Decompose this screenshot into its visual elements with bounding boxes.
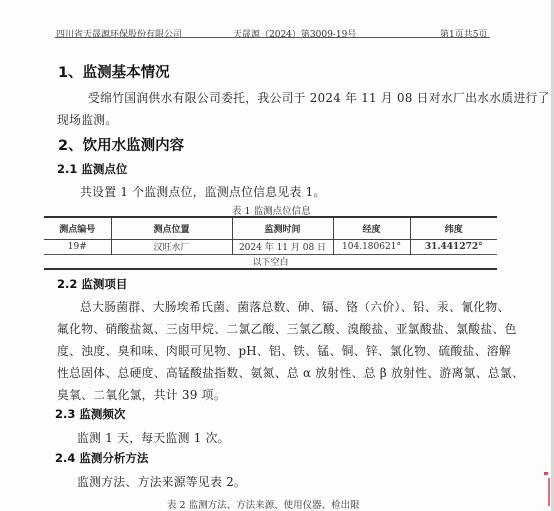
table-footer-row: 以下空白 bbox=[44, 254, 497, 269]
section-2-2-title: 2.2 监测项目 bbox=[57, 276, 127, 292]
header-page-number: 第1页共5页 bbox=[440, 27, 487, 40]
section-1-paragraph-line1: 受绵竹国润供水有限公司委托，我公司于 2024 年 11 月 08 日对水厂出水… bbox=[88, 89, 550, 106]
cell-point-id: 19# bbox=[44, 239, 111, 254]
col-header-longitude: 经度 bbox=[333, 217, 410, 239]
col-header-latitude: 纬度 bbox=[410, 217, 497, 239]
section-2-title: 2、饮用水监测内容 bbox=[58, 134, 184, 155]
section-1-paragraph-line2: 现场监测。 bbox=[57, 111, 118, 128]
stamp-edge-icon bbox=[545, 478, 550, 506]
col-header-point-id: 测点编号 bbox=[44, 217, 111, 239]
col-header-time: 监测时间 bbox=[232, 217, 333, 239]
section-2-3-text: 监测 1 天，每天监测 1 次。 bbox=[77, 429, 230, 446]
cell-longitude: 104.180621° bbox=[333, 239, 410, 254]
section-2-3-title: 2.3 监测频次 bbox=[55, 406, 125, 422]
table-header-row: 测点编号 测点位置 监测时间 经度 纬度 bbox=[44, 217, 497, 239]
section-2-2-line2: 氟化物、硝酸盐氮、三卤甲烷、二氯乙酸、三氯乙酸、溴酸盐、亚氯酸盐、氯酸盐、色 bbox=[57, 320, 517, 337]
section-2-2-line3: 度、浊度、臭和味、肉眼可见物、pH、铝、铁、锰、铜、锌、氯化物、硫酸盐、溶解 bbox=[57, 342, 511, 359]
table-row: 19# 汉旺水厂 2024 年 11 月 08 日 104.180621° 31… bbox=[44, 239, 497, 254]
section-2-2-line5: 臭氧、二氧化氯，共计 39 项。 bbox=[57, 386, 226, 403]
header-divider bbox=[55, 37, 490, 38]
cell-time: 2024 年 11 月 08 日 bbox=[232, 239, 333, 254]
cell-latitude: 31.441272° bbox=[410, 239, 497, 254]
table-2-caption: 表 2 监测方法、方法来源、使用仪器、检出限 bbox=[167, 497, 360, 511]
header-company: 四川省天晟源环保股份有限公司 bbox=[56, 27, 182, 40]
monitoring-point-table: 测点编号 测点位置 监测时间 经度 纬度 19# 汉旺水厂 2024 年 11 … bbox=[44, 216, 497, 270]
section-2-4-title: 2.4 监测分析方法 bbox=[55, 450, 148, 466]
table-1-caption: 表 1 监测点位信息 bbox=[232, 203, 311, 217]
section-2-1-text: 共设置 1 个监测点位，监测点位信息见表 1。 bbox=[80, 183, 326, 200]
section-2-2-line4: 性总固体、总硬度、高锰酸盐指数、氨氮、总 α 放射性、总 β 放射性、游离氯、总… bbox=[57, 364, 524, 381]
cell-location: 汉旺水厂 bbox=[111, 239, 232, 254]
header-report-number: 天晟源（2024）第3009-19号 bbox=[233, 27, 356, 40]
section-2-1-title: 2.1 监测点位 bbox=[57, 161, 127, 177]
stamp-fragment-icon bbox=[544, 472, 548, 475]
section-1-title: 1、监测基本情况 bbox=[58, 61, 170, 82]
table-blank-note: 以下空白 bbox=[44, 254, 497, 269]
section-2-4-text: 监测方法、方法来源等见表 2。 bbox=[77, 473, 246, 490]
section-2-2-line1: 总大肠菌群、大肠埃希氏菌、菌落总数、砷、镉、铬（六价）、铅、汞、氰化物、 bbox=[80, 298, 510, 315]
col-header-location: 测点位置 bbox=[111, 217, 232, 239]
